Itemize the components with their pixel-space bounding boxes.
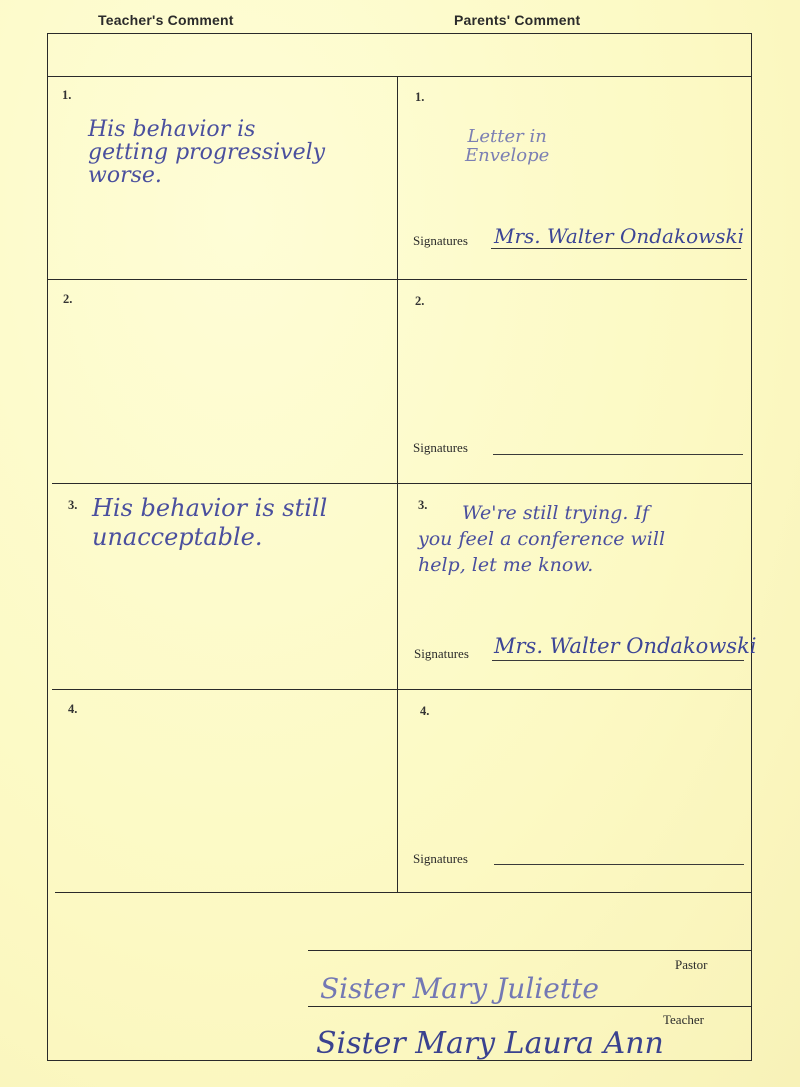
report-card-page: Teacher's Comment Parents' Comment 1. Hi… (0, 0, 800, 1087)
row-3-parent-signature: Mrs. Walter Ondakowski (494, 634, 757, 658)
row-2-parent-number: 2. (415, 294, 424, 309)
teacher-comment-header: Teacher's Comment (98, 12, 234, 28)
row-3-signature-line (492, 660, 744, 661)
row-4-teacher-number: 4. (68, 702, 77, 717)
row-1-parent-comment: Letter in Envelope (465, 128, 549, 166)
pastor-signature: Sister Mary Juliette (320, 972, 599, 1005)
column-divider (397, 77, 398, 892)
header-row (47, 33, 752, 77)
row-2-teacher-number: 2. (63, 292, 72, 307)
row-4-signature-label: Signatures (413, 851, 468, 867)
row-divider-1 (47, 279, 747, 280)
pastor-signature-line-top (308, 950, 752, 951)
pastor-signature-line (308, 1006, 752, 1007)
row-1-signature-label: Signatures (413, 233, 468, 249)
row-3-teacher-comment: His behavior is still unacceptable. (92, 494, 327, 552)
row-divider-2 (52, 483, 752, 484)
row-3-signature-label: Signatures (414, 646, 469, 662)
teacher-signature: Sister Mary Laura Ann (316, 1026, 664, 1061)
row-1-parent-number: 1. (415, 90, 424, 105)
parents-comment-header: Parents' Comment (454, 12, 580, 28)
row-1-teacher-number: 1. (62, 88, 71, 103)
row-1-signature-line (491, 248, 741, 249)
row-divider-3 (52, 689, 752, 690)
row-3-teacher-number: 3. (68, 498, 77, 513)
row-4-parent-number: 4. (420, 704, 429, 719)
row-divider-4 (55, 892, 752, 893)
pastor-label: Pastor (675, 957, 708, 973)
row-2-signature-line (493, 454, 743, 455)
row-3-parent-comment: We're still trying. If you feel a confer… (418, 500, 665, 579)
row-4-signature-line (494, 864, 744, 865)
teacher-label: Teacher (663, 1012, 704, 1028)
row-1-parent-signature: Mrs. Walter Ondakowski (494, 224, 744, 248)
row-1-teacher-comment: His behavior is getting progressively wo… (88, 118, 325, 187)
row-2-signature-label: Signatures (413, 440, 468, 456)
